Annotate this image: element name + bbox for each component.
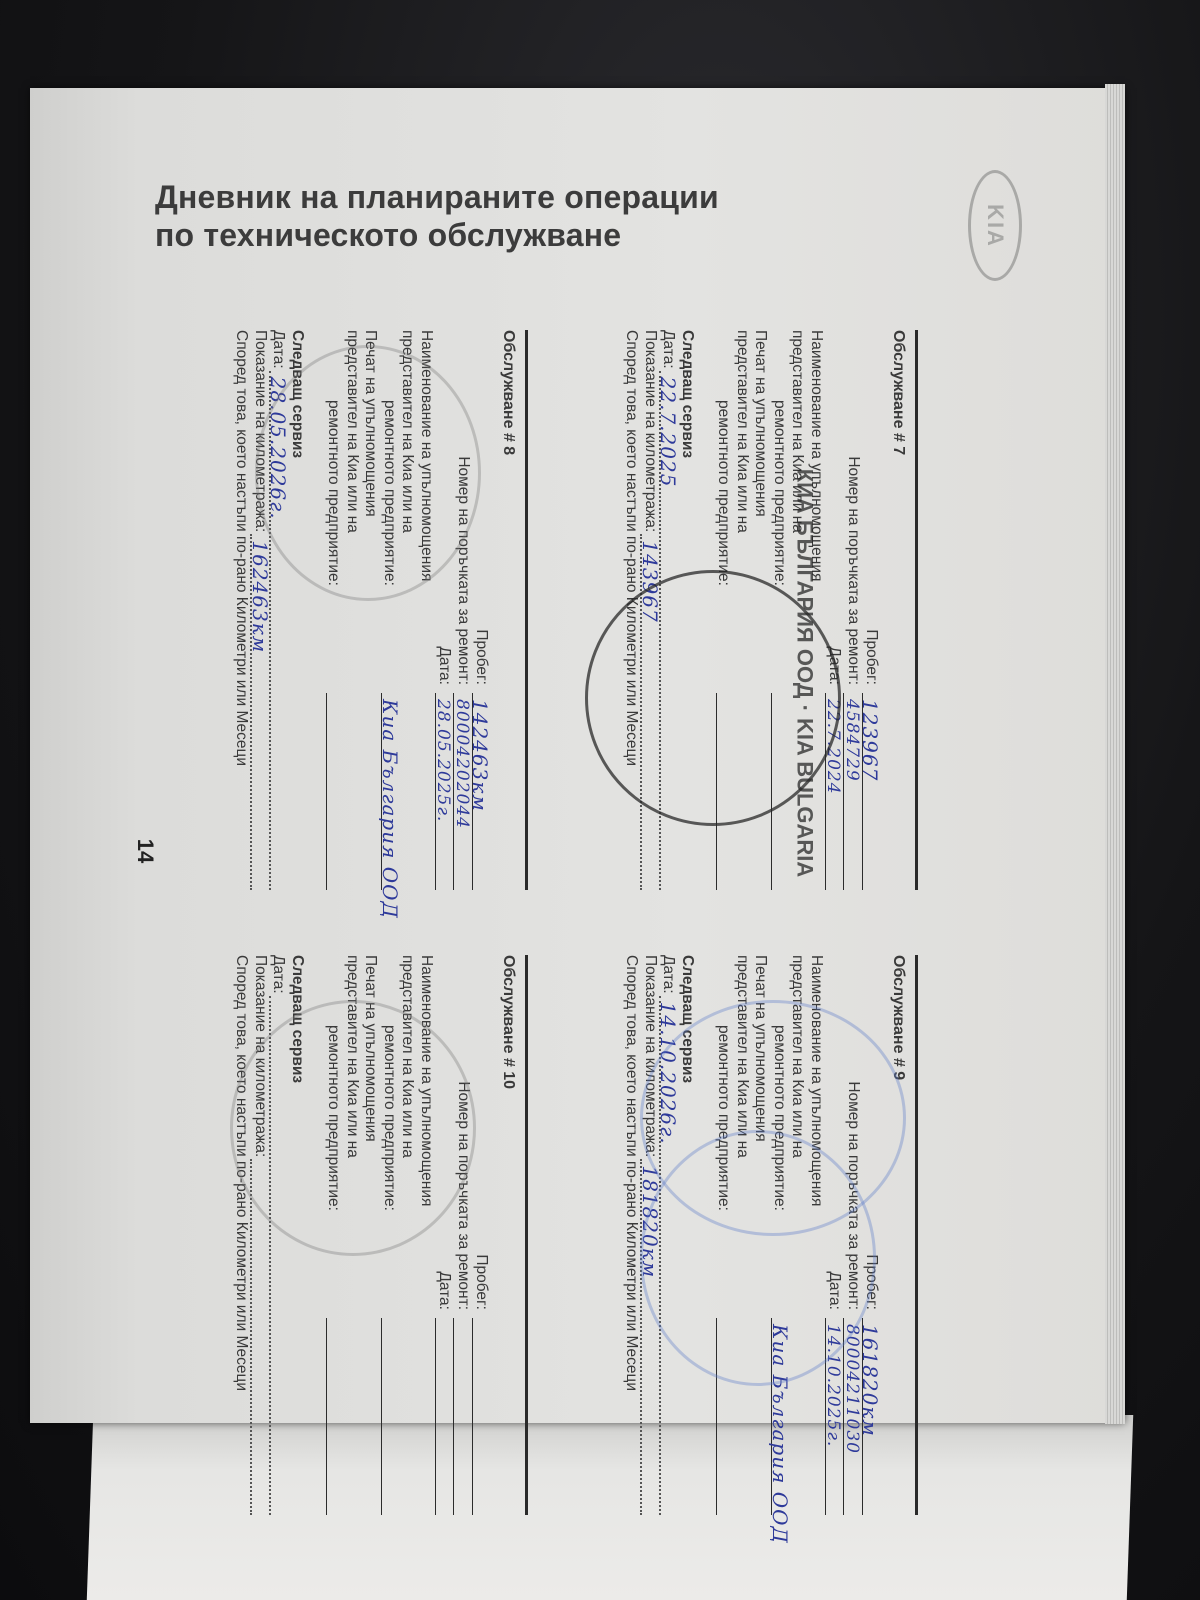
dealer-stamp-label-2: представител на Киа или на [343, 330, 362, 685]
dealer-stamp-row: Печат на упълномощения представител на К… [714, 955, 770, 1515]
mileage-field[interactable]: 161820км [862, 1318, 879, 1515]
service-entry-9: Обслужване # 9 Пробег: 161820км Номер на… [622, 955, 918, 1515]
kia-logo-text: KIA [982, 204, 1008, 248]
next-date-label: Дата: [269, 330, 288, 369]
booklet-page [30, 88, 1125, 1423]
next-date-field[interactable] [269, 996, 285, 1515]
next-odometer-field[interactable] [251, 1159, 267, 1515]
section-rule [915, 330, 918, 890]
mileage-row: Пробег: 161820км [862, 955, 881, 1515]
service-entry-7: Обслужване # 7 Пробег: 123967 Номер на п… [622, 330, 918, 890]
dealer-stamp-label-2: представител на Киа или на [733, 955, 752, 1310]
next-service-heading: Следващ сервиз [678, 955, 697, 1515]
dealer-name-row: Наименование на упълномощения представит… [380, 330, 436, 890]
page-stack-edge [1105, 84, 1125, 1424]
mileage-field[interactable] [472, 1318, 489, 1515]
dealer-name-field[interactable]: Киа България ООД [382, 693, 399, 890]
next-odometer-value: 181820км [641, 1165, 660, 1278]
next-date-value: 14.10.2026г. [659, 1002, 678, 1145]
dealer-name-field[interactable] [772, 693, 789, 890]
order-number-field[interactable]: 4584729 [844, 693, 861, 890]
dealer-name-row: Наименование на упълномощения представит… [380, 955, 436, 1515]
dealer-stamp-row: Печат на упълномощения представител на К… [714, 330, 770, 890]
dealer-name-label-1: Наименование на упълномощения [807, 955, 826, 1310]
date-label: Дата: [825, 330, 844, 685]
mileage-label: Пробег: [862, 955, 881, 1310]
dealer-stamp-label-1: Печат на упълномощения [751, 330, 770, 685]
next-odometer-row: Показание на километража: 162463км [251, 330, 270, 890]
dealer-stamp-label-3: ремонтното предприятие: [324, 955, 343, 1310]
mileage-row: Пробег: 123967 [862, 330, 881, 890]
dealer-name-value: Киа България ООД [771, 1324, 790, 1544]
next-odometer-label: Показание на километража: [641, 330, 660, 532]
date-field[interactable]: 28.05.2025г. [435, 693, 452, 890]
mileage-row: Пробег: 142463км [472, 330, 491, 890]
next-date-label: Дата: [269, 955, 288, 994]
mileage-field[interactable]: 123967 [862, 693, 879, 890]
kia-logo: KIA [968, 170, 1022, 281]
next-date-label: Дата: [659, 330, 678, 369]
order-number-value: 4584729 [843, 699, 862, 782]
next-service-heading: Следващ сервиз [288, 955, 307, 1515]
dealer-stamp-label-1: Печат на упълномощения [361, 955, 380, 1310]
date-value: 22.7.2024 [824, 699, 843, 795]
order-number-row: Номер на поръчката за ремонт: [454, 955, 473, 1515]
date-field[interactable]: 22.7.2024 [825, 693, 842, 890]
dealer-stamp-field[interactable] [716, 693, 733, 890]
dealer-name-label-3: ремонтното предприятие: [380, 330, 399, 685]
dealer-stamp-label-2: представител на Киа или на [343, 955, 362, 1310]
dealer-name-row: Наименование на упълномощения представит… [770, 955, 826, 1515]
date-row: Дата: 22.7.2024 [825, 330, 844, 890]
order-number-label: Номер на поръчката за ремонт: [454, 955, 473, 1310]
mileage-value: 123967 [861, 699, 880, 781]
dealer-name-field[interactable] [382, 1318, 399, 1515]
date-value: 14.10.2025г. [824, 1324, 843, 1447]
dealer-stamp-label-3: ремонтното предприятие: [714, 330, 733, 685]
dealer-stamp-row: Печат на упълномощения представител на К… [324, 955, 380, 1515]
section-rule [915, 955, 918, 1515]
next-odometer-label: Показание на километража: [641, 955, 660, 1157]
dealer-name-label-1: Наименование на упълномощения [417, 330, 436, 685]
order-number-label: Номер на поръчката за ремонт: [454, 330, 473, 685]
order-number-row: Номер на поръчката за ремонт: 4584729 [844, 330, 863, 890]
next-date-row: Дата: [269, 955, 288, 1515]
next-date-value: 22.7.2025 [659, 377, 678, 488]
dealer-stamp-row: Печат на упълномощения представител на К… [324, 330, 380, 890]
next-odometer-row: Показание на километража: 143967 [641, 330, 660, 890]
date-row: Дата: 28.05.2025г. [435, 330, 454, 890]
dealer-name-label-2: представител на Киа или на [398, 330, 417, 685]
mileage-row: Пробег: [472, 955, 491, 1515]
service-heading: Обслужване # 9 [889, 955, 908, 1515]
mileage-value: 142463км [471, 699, 490, 812]
next-service-heading: Следващ сервиз [288, 330, 307, 890]
service-heading: Обслужване # 8 [499, 330, 518, 890]
next-odometer-field[interactable]: 181820км [641, 1159, 657, 1515]
dealer-stamp-text: КИА БЪЛГАРИЯ ООД · KIA BULGARIA [791, 469, 817, 878]
date-row: Дата: [435, 955, 454, 1515]
date-label: Дата: [825, 955, 844, 1310]
dealer-stamp-label-3: ремонтното предприятие: [714, 955, 733, 1310]
next-odometer-field[interactable]: 143967 [641, 534, 657, 890]
mileage-label: Пробег: [472, 330, 491, 685]
dealer-stamp-field[interactable] [326, 693, 343, 890]
dealer-name-label-3: ремонтното предприятие: [380, 955, 399, 1310]
order-number-value: 80004211030 [843, 1324, 862, 1454]
service-entry-10: Обслужване # 10 Пробег: Номер на поръчка… [232, 955, 528, 1515]
date-field[interactable]: 14.10.2025г. [825, 1318, 842, 1515]
dealer-name-label-3: ремонтното предприятие: [770, 330, 789, 685]
order-number-row: Номер на поръчката за ремонт: 8000420204… [454, 330, 473, 890]
order-number-field[interactable]: 80004202044 [454, 693, 471, 890]
page-title-line-2: по техническото обслужване [155, 216, 719, 254]
next-odometer-label: Показание на километража: [251, 330, 270, 532]
next-odometer-value: 143967 [641, 540, 660, 622]
dealer-stamp-label-2: представител на Киа или на [733, 330, 752, 685]
dealer-name-value: Киа България ООД [381, 699, 400, 919]
dealer-stamp-label-1: Печат на упълномощения [361, 330, 380, 685]
order-number-row: Номер на поръчката за ремонт: 8000421103… [844, 955, 863, 1515]
next-date-field[interactable]: 22.7.2025 [659, 371, 675, 890]
dealer-name-label-2: представител на Киа или на [398, 955, 417, 1310]
page-number: 14 [132, 839, 158, 863]
dealer-name-field[interactable]: Киа България ООД [772, 1318, 789, 1515]
dealer-stamp-label-1: Печат на упълномощения [751, 955, 770, 1310]
next-odometer-row: Показание на километража: [251, 955, 270, 1515]
mileage-field[interactable]: 142463км [472, 693, 489, 890]
next-date-label: Дата: [659, 955, 678, 994]
next-odometer-field[interactable]: 162463км [251, 534, 267, 890]
mileage-value: 161820км [861, 1324, 880, 1437]
order-number-field[interactable]: 80004211030 [844, 1318, 861, 1515]
dealer-stamp-label-3: ремонтното предприятие: [324, 330, 343, 685]
date-field[interactable] [435, 1318, 452, 1515]
dealer-name-label-1: Наименование на упълномощения [417, 955, 436, 1310]
next-service-heading: Следващ сервиз [678, 330, 697, 890]
dealer-name-label-2: представител на Киа или на [788, 955, 807, 1310]
date-row: Дата: 14.10.2025г. [825, 955, 844, 1515]
next-odometer-value: 162463км [251, 540, 270, 653]
dealer-stamp-field[interactable] [326, 1318, 343, 1515]
page-title: Дневник на планираните операции по техни… [155, 178, 719, 254]
order-number-label: Номер на поръчката за ремонт: [844, 330, 863, 685]
order-number-label: Номер на поръчката за ремонт: [844, 955, 863, 1310]
service-entry-8: Обслужване # 8 Пробег: 142463км Номер на… [232, 330, 528, 890]
service-heading: Обслужване # 10 [499, 955, 518, 1515]
date-value: 28.05.2025г. [434, 699, 453, 822]
date-label: Дата: [435, 955, 454, 1310]
footer-note: Според това, което настъпи по-рано Килом… [232, 955, 251, 1515]
order-number-field[interactable] [454, 1318, 471, 1515]
section-rule [525, 330, 528, 890]
next-date-value: 28.05.2026г. [269, 377, 288, 520]
order-number-value: 80004202044 [453, 699, 472, 829]
page-title-line-1: Дневник на планираните операции [155, 178, 719, 216]
date-label: Дата: [435, 330, 454, 685]
dealer-stamp-field[interactable] [716, 1318, 733, 1515]
mileage-label: Пробег: [472, 955, 491, 1310]
next-odometer-label: Показание на километража: [251, 955, 270, 1157]
mileage-label: Пробег: [862, 330, 881, 685]
next-odometer-row: Показание на километража: 181820км [641, 955, 660, 1515]
section-rule [525, 955, 528, 1515]
service-heading: Обслужване # 7 [889, 330, 908, 890]
dealer-name-label-3: ремонтното предприятие: [770, 955, 789, 1310]
